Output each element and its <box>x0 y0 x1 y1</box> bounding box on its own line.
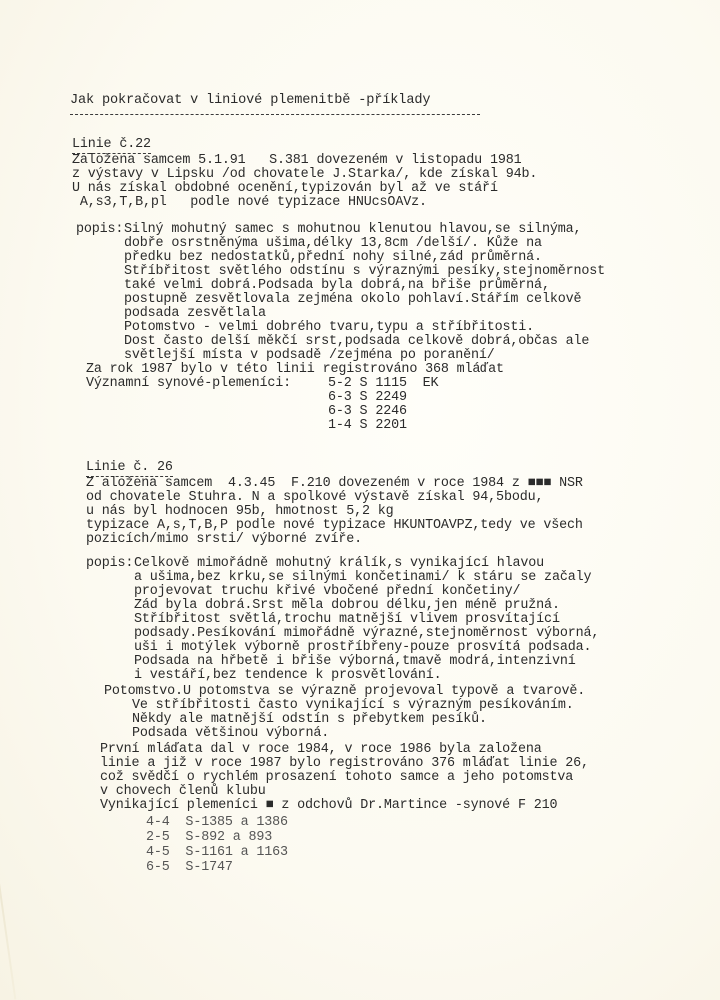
section1-sons-label: Významní synové-plemeníci: <box>86 376 291 391</box>
section2-history-line: linie a již v roce 1987 bylo registrován… <box>100 756 589 771</box>
section2-description-line: i vestáří,bez tendence k prosvětlování. <box>134 668 442 683</box>
section2-description-line: projevovat truchu křivé vbočené přední k… <box>134 584 520 599</box>
section1-description-line: světlejší místa v podsadě /zejména po po… <box>124 348 495 363</box>
section2-breeder-entry: 6-5 S-1747 <box>146 860 233 875</box>
document-title: Jak pokračovat v liniové plemenitbě -pří… <box>70 93 430 108</box>
section2-history-line: což svědčí o rychlém prosazení tohoto sa… <box>100 770 573 785</box>
section2-intro-line: u nás byl hodnocen 95b, hmotnost 5,2 kg <box>86 504 394 519</box>
section-heading-linie-22: Linie č.22 <box>72 137 151 152</box>
section1-registered: Za rok 1987 bylo v této linii registrová… <box>86 362 504 377</box>
section2-intro-line: pozicích/mimo srsti/ výborné zvíře. <box>86 532 362 547</box>
section2-description-line: Stříbřitost světlá,trochu matnější vlive… <box>134 612 560 627</box>
section2-offspring-line: Ve stříbřitosti často vynikající s výraz… <box>132 698 574 713</box>
section2-description-line: Celkově mimořádně mohutný králík,s vynik… <box>134 556 544 571</box>
paper-fold-shadow <box>0 880 16 999</box>
section2-description-line: uši i motýlek výborně prostříbřeny-pouze… <box>134 640 591 655</box>
scanned-page: Jak pokračovat v liniové plemenitbě -pří… <box>0 0 720 1000</box>
section2-history-line: v chovech členů klubu <box>100 784 266 799</box>
section2-description-line: a ušima,bez krku,se silnými končetinami/… <box>134 570 591 585</box>
section1-description-line: Potomstvo - velmi dobrého tvaru,typu a s… <box>124 320 534 335</box>
section1-description-line: předku bez nedostatků,přední nohy silné,… <box>124 250 542 265</box>
section1-son-entry: 6-3 S 2249 <box>328 390 407 405</box>
section1-intro-line: Založena samcem 5.1.91 S.381 dovezeném v… <box>72 153 522 168</box>
section2-intro-line: Z aložena samcem 4.3.45 F.210 dovezeném … <box>86 476 583 491</box>
section1-description-line: dobře osrstněnýma ušima,délky 13,8cm /de… <box>124 236 542 251</box>
section1-description-line: podsada zesvětlala <box>124 306 266 321</box>
section1-description-line: postupně zesvětlovala zejména okolo pohl… <box>124 292 581 307</box>
section1-son-entry: 1-4 S 2201 <box>328 418 407 433</box>
section1-description-line: Stříbřitost světlého odstínu s výraznými… <box>124 264 605 279</box>
section2-history-line: Vynikající plemeníci ■ z odchovů Dr.Mart… <box>100 798 557 813</box>
section1-son-entry: 6-3 S 2246 <box>328 404 407 419</box>
section1-intro-line: A,s3,T,B,pl podle nové typizace HNUcsOAV… <box>72 195 427 210</box>
section-heading-linie-26: Linie č. 26 <box>86 460 173 475</box>
section2-description-line: Zád byla dobrá.Srst měla dobrou délku,je… <box>134 598 560 613</box>
section1-description-line: také velmi dobrá.Podsada byla dobrá,na b… <box>124 278 550 293</box>
section2-offspring-label: Potomstvo. <box>104 684 183 699</box>
section2-offspring-line: Někdy ale matnější odstín s přebytkem pe… <box>132 712 487 727</box>
section1-intro-line: U nás získal obdobné ocenění,typizován b… <box>72 181 498 196</box>
section2-description-line: podsady.Pesíkování mimořádně výrazné,ste… <box>134 626 599 641</box>
title-underline <box>70 114 480 115</box>
section2-description-label: popis: <box>86 556 133 571</box>
section2-history-line: První mláďata dal v roce 1984, v roce 19… <box>100 742 542 757</box>
section2-intro-line: od chovatele Stuhra. N a spolkové výstav… <box>86 490 543 505</box>
section1-description-label: popis: <box>76 222 123 237</box>
section2-offspring-line: Podsada většinou výborná. <box>132 726 329 741</box>
section2-intro-line: typizace A,s,T,B,P podle nové typizace H… <box>86 518 583 533</box>
section2-description-line: Podsada na hřbetě i břiše výborná,tmavě … <box>134 654 576 669</box>
section1-description-line: Dost často delší měkčí srst,podsada celk… <box>124 334 589 349</box>
section1-intro-line: z výstavy v Lipsku /od chovatele J.Stark… <box>72 167 537 182</box>
section1-son-entry: 5-2 S 1115 EK <box>328 376 438 391</box>
section2-breeder-entry: 4-4 S-1385 a 1386 <box>146 815 288 830</box>
section2-offspring-line: U potomstva se výrazně projevoval typově… <box>183 684 585 699</box>
section2-breeder-entry: 2-5 S-892 a 893 <box>146 830 272 845</box>
section2-breeder-entry: 4-5 S-1161 a 1163 <box>146 845 288 860</box>
section1-description-line: Silný mohutný samec s mohutnou klenutou … <box>124 222 581 237</box>
